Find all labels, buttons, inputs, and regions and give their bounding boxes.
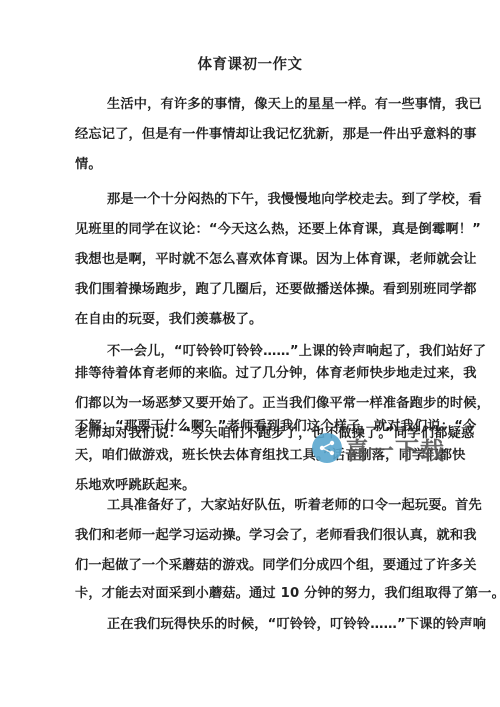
- watermark-text: 喜一下载: [345, 431, 445, 466]
- essay-line: 排等待着体育老师的来临。过了几分钟，体育老师快步地走过来，我: [75, 366, 477, 382]
- essay-line: 正在我们玩得快乐的时候，“叮铃铃，叮铃铃……”下课的铃声响: [107, 617, 486, 633]
- essay-line: 我们围着操场跑步，跑了几圈后，还要做播送体操。看到别班同学都: [75, 282, 477, 298]
- essay-line: 们都以为一场恶梦又要开始了。正当我们像平常一样准备跑步的时候，: [75, 396, 490, 412]
- document-page: 体育课初一作文 生活中，有许多的事情，像天上的星星一样。有一些事情，我已 经忘记…: [0, 0, 500, 707]
- essay-line: 我想也是啊，平时就不怎么喜欢体育课。因为上体育课，老师就会让: [75, 252, 477, 268]
- essay-line: 生活中，有许多的事情，像天上的星星一样。有一些事情，我已: [107, 97, 482, 113]
- essay-line: 在自由的玩耍，我们羡慕极了。: [75, 312, 262, 328]
- essay-line: 经忘记了，但是有一件事情却让我记忆犹新，那是一件出乎意料的事: [75, 127, 477, 143]
- essay-line: 卡，才能去对面采到小蘑菇。通过 10 分钟的努力，我们组取得了第一。: [75, 586, 500, 602]
- page-title: 体育课初一作文: [0, 53, 500, 74]
- essay-line: 那是一个十分闷热的下午，我慢慢地向学校走去。到了学校，看: [107, 192, 482, 208]
- essay-line: 乐地欢呼跳跃起来。: [75, 478, 196, 494]
- watermark: 喜一下载: [312, 428, 445, 468]
- essay-line: 们一起做了一个采蘑菇的游戏。同学们分成四个组，要通过了许多关: [75, 558, 477, 574]
- share-icon: [312, 433, 342, 463]
- essay-line: 不一会儿，“叮铃铃叮铃铃……”上课的铃声响起了，我们站好了: [107, 344, 486, 360]
- essay-line: 情。: [75, 157, 102, 173]
- essay-line: 见班里的同学在议论：“今天这么热，还要上体育课，真是倒霉啊！”: [75, 222, 481, 238]
- essay-line: 工具准备好了，大家站好队伍，听着老师的口令一起玩耍。首先: [107, 498, 482, 514]
- essay-line: 我们和老师一起学习运动操。学习会了，老师看我们很认真，就和我: [75, 528, 477, 544]
